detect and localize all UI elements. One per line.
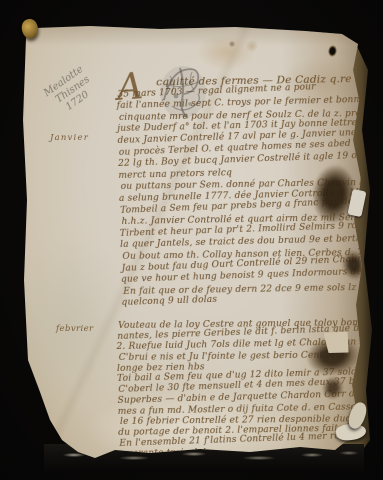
manuscript-page: A cquitté des fermes — De Cadiz q.re Mon… xyxy=(20,24,364,464)
ink-seal-stamp xyxy=(152,60,214,128)
margin-note-janvier: Janvier xyxy=(50,133,89,143)
margin-note-fevrier: febvrier xyxy=(56,324,94,334)
pencil-marginal-note: Mealotte Thisnes 1720 xyxy=(42,64,100,119)
manuscript-photo: A cquitté des fermes — De Cadiz q.re Mon… xyxy=(0,0,383,480)
